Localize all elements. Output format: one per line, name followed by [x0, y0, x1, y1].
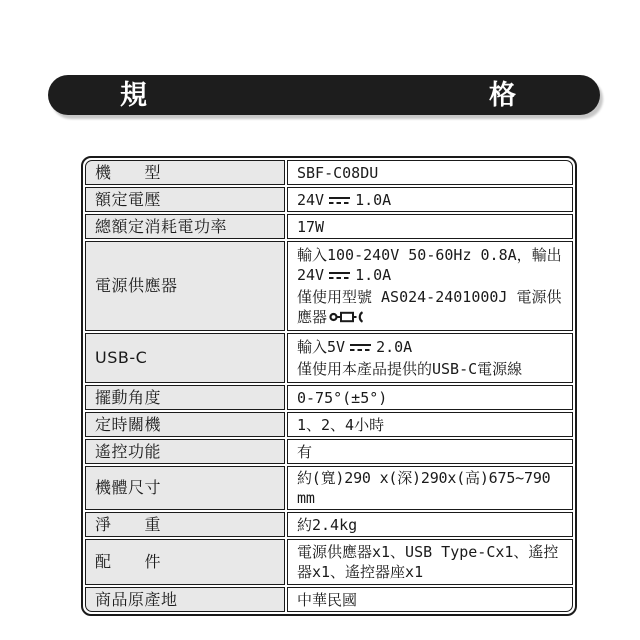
spec-label: 擺動角度	[85, 385, 285, 410]
row-total-power: 總額定消耗電功率 17W	[85, 214, 573, 239]
spec-value: 輸入100-240V 50-60Hz 0.8A，輸出24V1.0A 僅使用型號 …	[287, 241, 573, 331]
spec-label: USB-C	[85, 333, 285, 383]
spec-value: 1、2、4小時	[287, 412, 573, 437]
spec-label: 配 件	[85, 539, 285, 585]
spec-label: 額定電壓	[85, 187, 285, 212]
spec-value: 約2.4kg	[287, 512, 573, 537]
spec-value: 電源供應器x1、USB Type-Cx1、遙控器x1、遙控器座x1	[287, 539, 573, 585]
spec-value: 輸入5V2.0A 僅使用本產品提供的USB-C電源線	[287, 333, 573, 383]
spec-label: 電源供應器	[85, 241, 285, 331]
spec-value: 24V1.0A	[287, 187, 573, 212]
row-oscillation-angle: 擺動角度 0-75°(±5°)	[85, 385, 573, 410]
dc-current-icon	[329, 270, 350, 281]
spec-title-char-left: 規	[120, 82, 147, 109]
row-rated-voltage: 額定電壓 24V1.0A	[85, 187, 573, 212]
spec-label: 機體尺寸	[85, 466, 285, 510]
row-accessories: 配 件 電源供應器x1、USB Type-Cx1、遙控器x1、遙控器座x1	[85, 539, 573, 585]
spec-value: 17W	[287, 214, 573, 239]
spec-value: 0-75°(±5°)	[287, 385, 573, 410]
spec-title-char-right: 格	[489, 82, 516, 109]
spec-label: 機 型	[85, 160, 285, 185]
spec-label: 總額定消耗電功率	[85, 214, 285, 239]
spec-label: 定時關機	[85, 412, 285, 437]
spec-label: 淨 重	[85, 512, 285, 537]
spec-table: 機 型 SBF-C08DU 額定電壓 24V1.0A 總額定消耗電功率 17W …	[81, 156, 577, 616]
row-power-adapter: 電源供應器 輸入100-240V 50-60Hz 0.8A，輸出24V1.0A …	[85, 241, 573, 331]
spec-value: 有	[287, 439, 573, 464]
row-remote-function: 遙控功能 有	[85, 439, 573, 464]
spec-label: 商品原產地	[85, 587, 285, 612]
row-model: 機 型 SBF-C08DU	[85, 160, 573, 185]
row-timer-off: 定時關機 1、2、4小時	[85, 412, 573, 437]
spec-label: 遙控功能	[85, 439, 285, 464]
dc-current-icon	[329, 195, 350, 206]
dc-current-icon	[350, 342, 371, 353]
row-country-of-origin: 商品原產地 中華民國	[85, 587, 573, 612]
spec-value: 約(寬)290 x(深)290x(高)675~790 mm	[287, 466, 573, 510]
row-body-dimensions: 機體尺寸 約(寬)290 x(深)290x(高)675~790 mm	[85, 466, 573, 510]
row-usb-c: USB-C 輸入5V2.0A 僅使用本產品提供的USB-C電源線	[85, 333, 573, 383]
spec-value: SBF-C08DU	[287, 160, 573, 185]
spec-title-bar: 規 格	[48, 75, 600, 115]
spec-value: 中華民國	[287, 587, 573, 612]
plug-polarity-icon	[329, 311, 364, 323]
row-net-weight: 淨 重 約2.4kg	[85, 512, 573, 537]
